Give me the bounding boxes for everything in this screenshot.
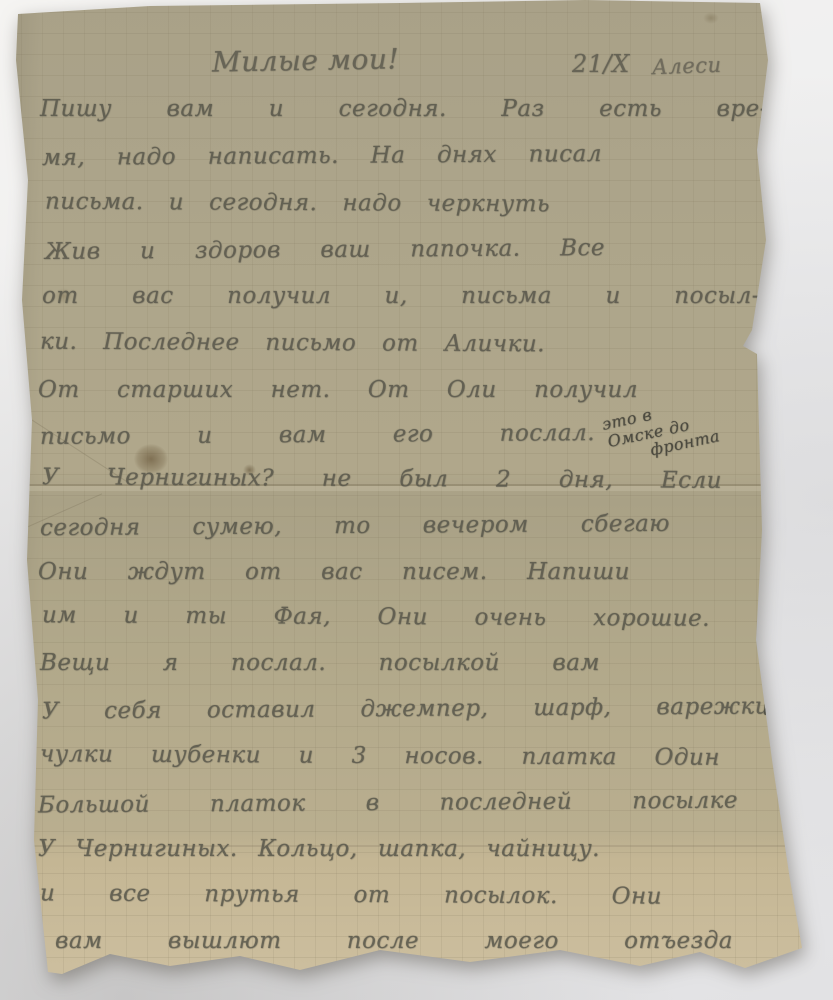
handwriting-layer: Милые мои! 21/X Алеси Пишу вам и сегодня… bbox=[0, 0, 833, 1000]
letter-line: письма. и сегодня. надо черкнуть bbox=[45, 189, 550, 218]
letter-line: Большой платок в последней посылке bbox=[38, 788, 738, 819]
letter-line: Пишу вам и сегодня. Раз есть вре- bbox=[40, 96, 768, 122]
letter-paper-shadow: Милые мои! 21/X Алеси Пишу вам и сегодня… bbox=[0, 0, 833, 1000]
letter-line: ки. Последнее письмо от Алички. bbox=[40, 329, 545, 358]
letter-line: От старших нет. От Оли получил bbox=[38, 377, 638, 403]
letter-line: сегодня сумею, то вечером сбегаю bbox=[40, 511, 670, 542]
letter-line: чулки шубенки и 3 носов. платка Один bbox=[40, 741, 720, 771]
letter-line: мя, надо написать. На днях писал bbox=[42, 141, 602, 171]
letter-date: 21/X bbox=[572, 50, 630, 78]
photo-background: Милые мои! 21/X Алеси Пишу вам и сегодня… bbox=[0, 0, 833, 1000]
letter-line: письмо и вам его послал. bbox=[40, 420, 595, 450]
letter-line: Жив и здоров ваш папочка. Все bbox=[45, 235, 605, 265]
letter-line: им и ты Фая, Они очень хорошие. bbox=[42, 602, 710, 632]
letter-line: от вас получил и, письма и посыл- bbox=[42, 283, 760, 309]
letter-date-note: Алеси bbox=[652, 53, 722, 79]
letter-line: У Чернигиных. Кольцо, шапка, чайницу. bbox=[38, 836, 600, 862]
letter-paper: Милые мои! 21/X Алеси Пишу вам и сегодня… bbox=[0, 0, 833, 1000]
letter-line: Они ждут от вас писем. Напиши bbox=[38, 559, 630, 585]
margin-ink-note: Там жили ПеТР Усачев брат Г. Кегали bbox=[762, 68, 788, 716]
letter-line: вам вышлют после моего отъезда bbox=[55, 928, 733, 954]
letter-line: У Чернигиных? не был 2 дня, Если bbox=[42, 464, 722, 494]
letter-line: У себя оставил джемпер, шарф, варежки bbox=[42, 693, 770, 725]
letter-line: Вещи я послал. посылкой вам bbox=[40, 650, 600, 676]
letter-salutation: Милые мои! bbox=[212, 42, 400, 78]
letter-line: и все прутья от посылок. Они bbox=[40, 880, 662, 910]
